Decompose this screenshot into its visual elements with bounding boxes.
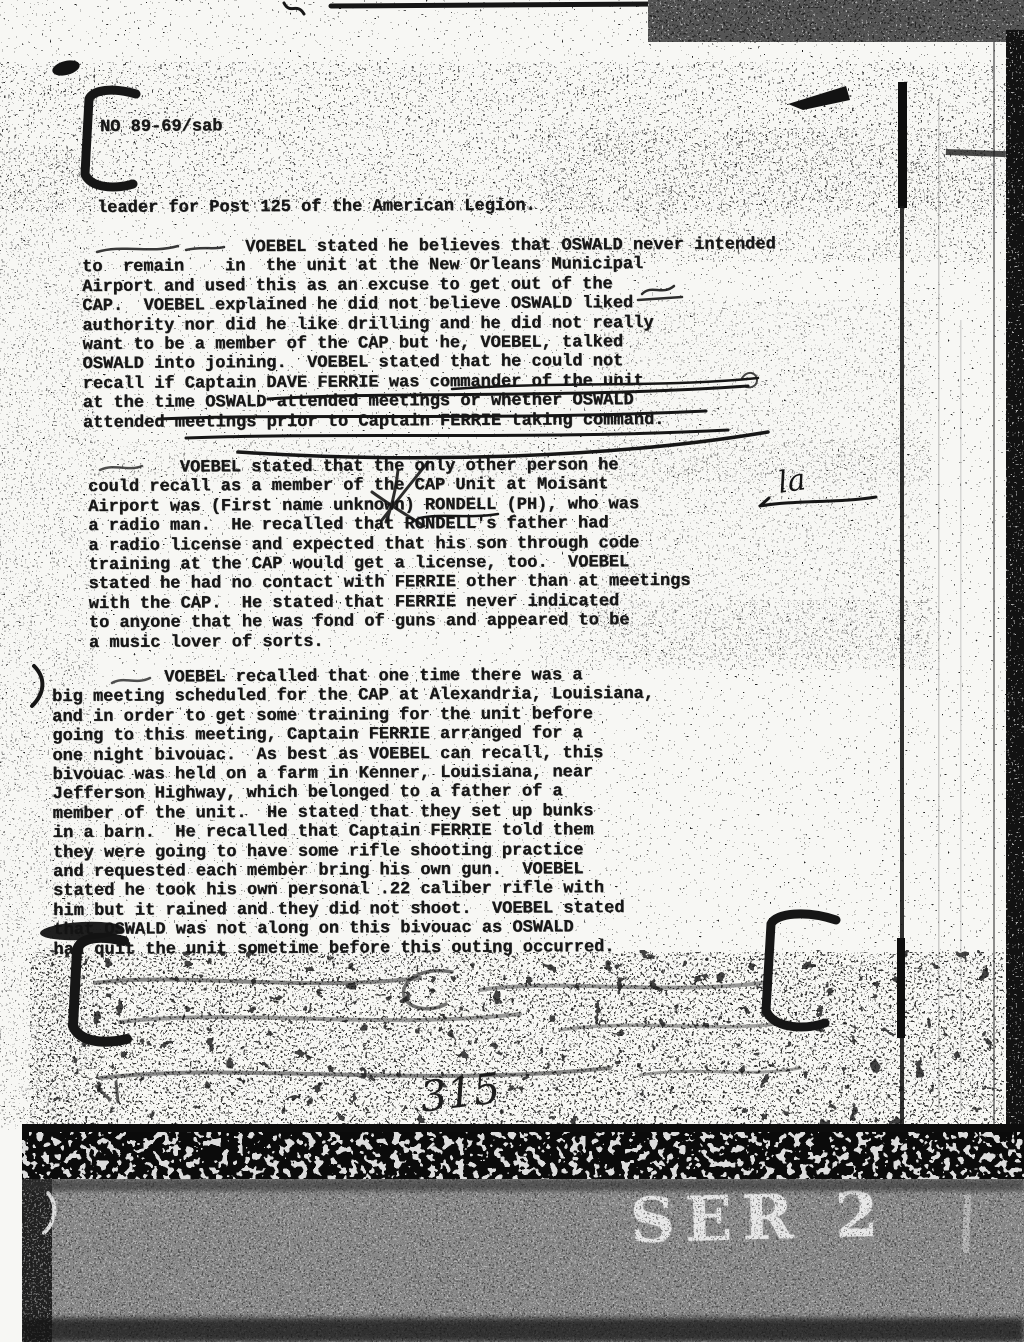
ink-blob	[51, 58, 82, 78]
smudge-scribble	[560, 1022, 790, 1030]
smudge-scribble	[640, 1068, 800, 1075]
handwritten-margin-note: la	[776, 462, 808, 500]
scanned-document-page: NO 89-69/sab leader for Post 125 of the …	[0, 0, 1024, 1342]
vertical-rule-mark-lower	[897, 938, 905, 1038]
smudge-scribble	[404, 971, 452, 1009]
paragraph-1: VOEBEL stated he believes that OSWALD ne…	[82, 235, 777, 433]
margin-dash-mark	[946, 149, 1006, 157]
smudge-scribble	[120, 1014, 520, 1022]
underline-swoosh-mark	[238, 432, 768, 458]
band-separator-rule	[22, 1124, 1024, 1132]
smudge-scribble	[480, 982, 770, 990]
top-left-bracket-mark	[85, 90, 136, 187]
scan-edge-artifact-top	[648, 0, 1024, 42]
smudge-scribble	[100, 1068, 610, 1078]
margin-note-underline-arrow	[760, 497, 876, 506]
photo-band: SER 2	[22, 1179, 1024, 1342]
scan-noise-layer	[30, 952, 1004, 1126]
scan-noise-blotch-layer	[48, 950, 998, 1128]
paragraph-2: VOEBEL stated that the only other person…	[88, 456, 691, 653]
band-top-shade	[22, 1179, 1024, 1191]
faint-stamp-tick	[962, 1195, 971, 1253]
band-torn-edge	[22, 1132, 1024, 1179]
intro-line: leader for Post 125 of the American Legi…	[97, 197, 536, 219]
faint-vertical-streak	[960, 320, 962, 1110]
paragraph-3: VOEBEL recalled that one time there was …	[52, 666, 655, 960]
band-bottom-shade	[22, 1318, 1024, 1342]
handwritten-squiggle	[284, 3, 304, 14]
faint-vertical-line	[993, 40, 995, 1130]
vertical-rule-mark	[900, 206, 904, 1140]
case-number-label: NO 89-69/sab	[100, 117, 223, 137]
scan-edge-artifact-right	[1006, 30, 1024, 1126]
handwritten-page-number: 315	[417, 1063, 503, 1121]
smudge-scribble	[95, 978, 420, 983]
top-edge-line	[331, 4, 658, 6]
handwritten-paren-mark	[32, 666, 42, 706]
faint-vertical-streak	[938, 100, 940, 1110]
smudge-scribble	[96, 1082, 118, 1102]
ink-wedge-blob	[788, 86, 850, 110]
vertical-rule-mark-thick	[898, 82, 907, 208]
bottom-right-bracket-mark	[766, 914, 836, 1027]
handwritten-white-paren-mark	[22, 1187, 66, 1249]
